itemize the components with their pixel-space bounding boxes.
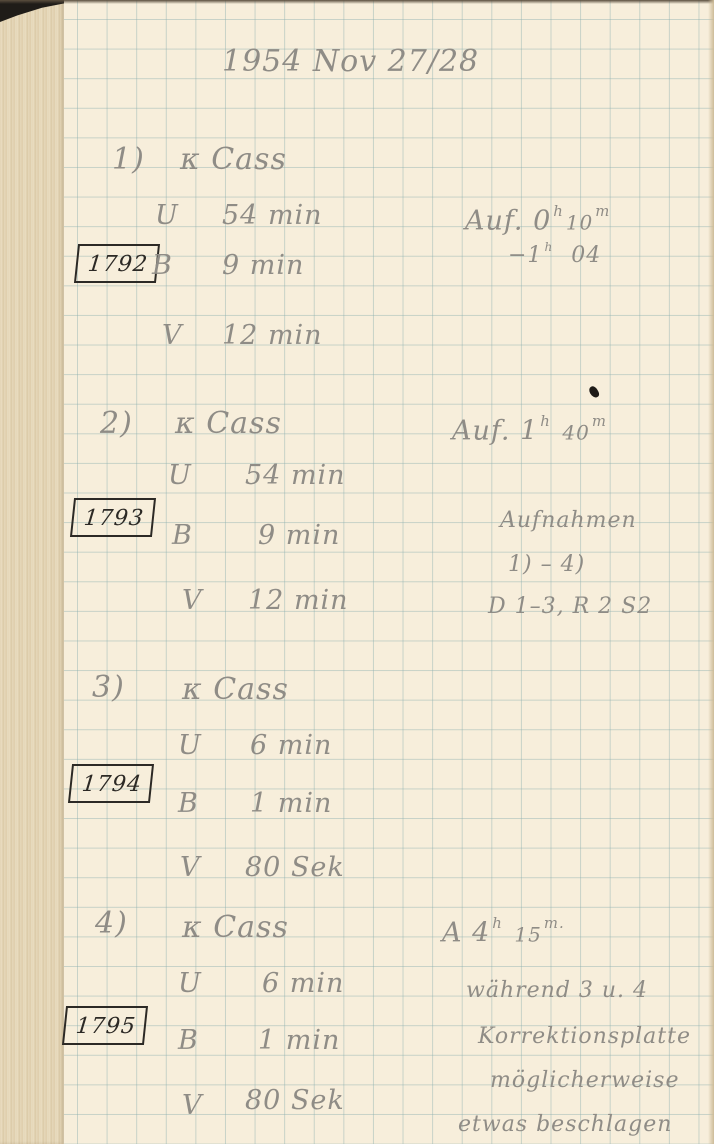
entry-1-filter-u: U <box>155 200 179 231</box>
entry-2-note-line1: Auf. 1h 40m <box>452 412 609 446</box>
entry-1-end-minutes: 04 <box>571 243 601 268</box>
entry-3-time-b: 1 min <box>250 788 332 819</box>
entry-3-time-v: 80 Sek <box>245 852 345 883</box>
entry-4-filter-u: U <box>178 968 202 999</box>
entry-2-time-u: 54 min <box>245 460 346 491</box>
stacked-page-edges <box>0 0 64 1144</box>
entry-2-remark-1: Aufnahmen <box>500 508 637 533</box>
entry-2-time-v: 12 min <box>248 585 349 616</box>
entry-3-time-u: 6 min <box>250 730 332 761</box>
page-gutter-right <box>708 0 714 1144</box>
entry-1-filter-b: B <box>152 250 173 281</box>
entry-2-number: 2) <box>100 406 133 441</box>
page-header-date: 1954 Nov 27/28 <box>222 44 479 79</box>
hour-mark: h <box>553 202 564 220</box>
hour-mark: h <box>540 412 551 430</box>
entry-3-filter-v: V <box>180 852 201 883</box>
entry-2-object: κ Cass <box>175 406 282 441</box>
minute-mark: m <box>595 202 610 220</box>
entry-2-remark-3: D 1–3, R 2 S2 <box>488 594 652 619</box>
entry-4-object: κ Cass <box>182 910 289 945</box>
entry-3-object: κ Cass <box>182 672 289 707</box>
plate-number-1795: 1795 <box>62 1006 148 1045</box>
hour-mark: h <box>492 914 503 932</box>
plate-number-1793: 1793 <box>70 498 156 537</box>
entry-4-time-v: 80 Sek <box>245 1085 345 1116</box>
entry-4-number: 4) <box>95 906 128 941</box>
entry-1-object: κ Cass <box>180 142 287 177</box>
entry-4-time-b: 1 min <box>258 1025 340 1056</box>
entry-2-start-minutes: 40 <box>562 420 589 444</box>
entry-3-filter-b: B <box>178 788 199 819</box>
entry-4-remark-2: Korrektionsplatte <box>478 1024 691 1049</box>
entry-1-note-line1: Auf. 0h10m <box>465 202 612 236</box>
entry-1-start-hours: Auf. 0 <box>465 205 551 236</box>
minute-mark: m <box>592 412 607 430</box>
entry-2-time-b: 9 min <box>258 520 340 551</box>
entry-1-filter-v: V <box>162 320 183 351</box>
entry-4-remark-3: möglicherweise <box>490 1068 679 1093</box>
entry-1-start-minutes: 10 <box>566 210 593 234</box>
entry-1-number: 1) <box>112 142 145 177</box>
entry-3-filter-u: U <box>178 730 202 761</box>
minute-mark: m. <box>544 914 565 932</box>
entry-2-filter-v: V <box>182 585 203 616</box>
hour-mark: h <box>544 240 553 254</box>
entry-2-filter-u: U <box>168 460 192 491</box>
notebook-page <box>64 0 714 1144</box>
top-shadow <box>0 0 714 4</box>
entry-4-remark-4: etwas beschlagen <box>458 1112 672 1137</box>
plate-number-1794: 1794 <box>68 764 154 803</box>
entry-4-time-minutes: 15 <box>514 922 541 946</box>
entry-1-time-b: 9 min <box>222 250 304 281</box>
plate-number-1792: 1792 <box>74 244 160 283</box>
entry-2-filter-b: B <box>172 520 193 551</box>
entry-4-filter-v: V <box>182 1090 203 1121</box>
entry-2-remark-2: 1) – 4) <box>508 552 585 577</box>
entry-1-time-v: 12 min <box>222 320 323 351</box>
entry-4-time-hours: A 4 <box>442 917 490 948</box>
entry-1-end-hours: −1 <box>508 243 542 268</box>
entry-1-time-u: 54 min <box>222 200 323 231</box>
entry-4-note-line1: A 4h 15m. <box>442 914 567 948</box>
entry-3-number: 3) <box>92 670 125 705</box>
entry-2-start-hours: Auf. 1 <box>452 415 538 446</box>
entry-4-remark-1: während 3 u. 4 <box>466 978 648 1003</box>
entry-4-time-u: 6 min <box>262 968 344 999</box>
entry-1-note-line2: −1h 04 <box>508 240 601 268</box>
entry-4-filter-b: B <box>178 1025 199 1056</box>
